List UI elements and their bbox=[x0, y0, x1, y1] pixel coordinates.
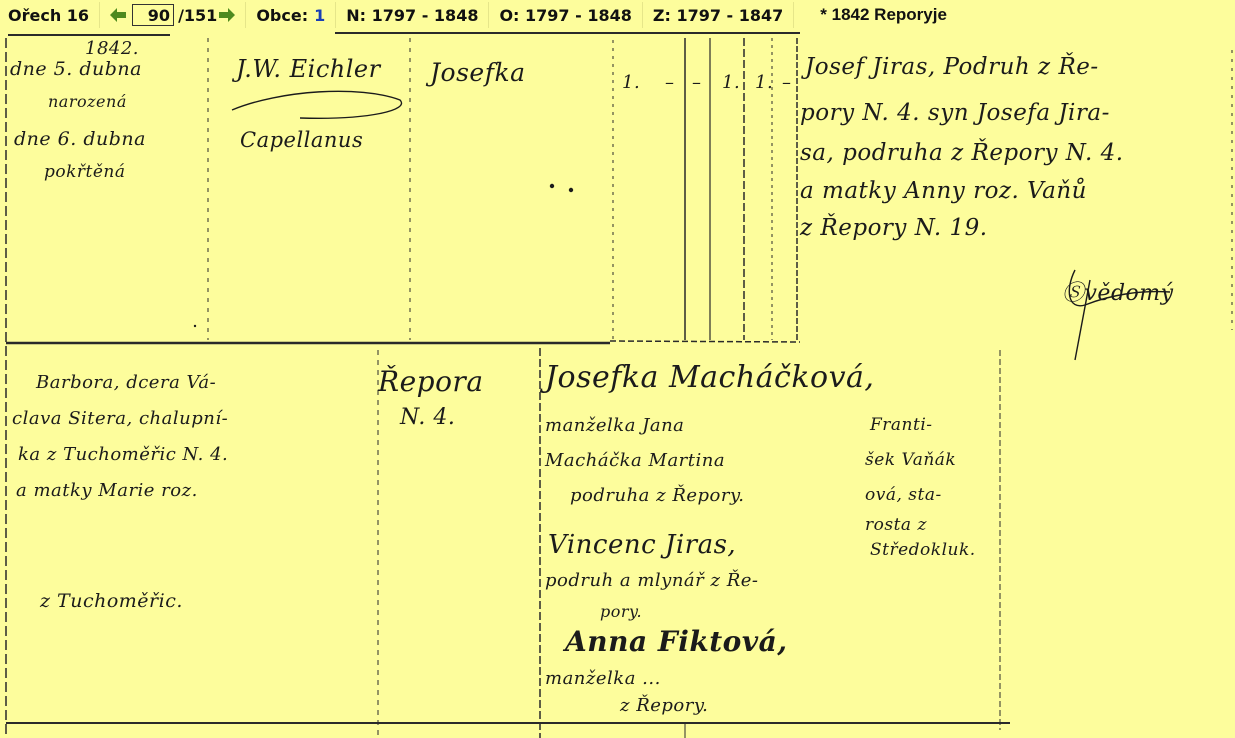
godparent-line: z Řepory. bbox=[620, 695, 708, 716]
godparent-line: pory. bbox=[600, 602, 642, 621]
mother-line: Barbora, dcera Vá- bbox=[36, 372, 216, 393]
entry-date-line: narozená bbox=[48, 92, 127, 111]
entry-year: 1842. bbox=[85, 38, 139, 59]
page-navigator: /151 bbox=[100, 2, 246, 28]
arrow-right-icon[interactable] bbox=[219, 8, 235, 22]
side-note-line: Franti- bbox=[870, 415, 933, 435]
register-toolbar: Ořech 16 /151 Obce: 1 N: 1797 - 1848 O: … bbox=[0, 0, 1235, 30]
godparent-line: podruh a mlynář z Ře- bbox=[545, 570, 758, 591]
midwife-signature: Ⓢvědomý bbox=[1062, 276, 1174, 307]
arrow-left-icon[interactable] bbox=[110, 8, 126, 22]
mother-line: clava Sitera, chalupní- bbox=[12, 408, 228, 429]
godparent-line: Macháčka Martina bbox=[545, 450, 725, 471]
mother-line: z Tuchoměřic. bbox=[40, 590, 183, 612]
priest-title: Capellanus bbox=[240, 128, 363, 152]
parents-line: z Řepory N. 19. bbox=[800, 215, 988, 241]
entry-date-line: dne 6. dubna bbox=[14, 128, 146, 150]
tally-mark: 1. bbox=[722, 72, 740, 93]
births-range[interactable]: N: 1797 - 1848 bbox=[336, 2, 489, 28]
obce-filter: Obce: 1 bbox=[246, 2, 336, 28]
tally-mark: – bbox=[782, 72, 792, 93]
house-number: N. 4. bbox=[400, 405, 455, 430]
side-note-line: rosta z bbox=[865, 515, 927, 535]
side-note-line: Středokluk. bbox=[870, 540, 976, 560]
godparent-line: podruha z Řepory. bbox=[570, 485, 745, 506]
tally-mark: – bbox=[692, 72, 702, 93]
side-note-line: ová, sta- bbox=[865, 485, 942, 505]
place-name: Řepora bbox=[378, 365, 484, 398]
tally-mark: 1. bbox=[622, 72, 640, 93]
parents-line: a matky Anny roz. Vaňů bbox=[800, 178, 1087, 204]
mother-line: ka z Tuchoměřic N. 4. bbox=[18, 444, 228, 465]
obce-link[interactable]: 1 bbox=[314, 6, 325, 25]
parents-line: Josef Jiras, Podruh z Ře- bbox=[805, 54, 1099, 80]
child-name: Josefka bbox=[430, 58, 526, 87]
mother-line: a matky Marie roz. bbox=[16, 480, 198, 501]
obce-label: Obce: bbox=[256, 6, 308, 25]
page-number-input[interactable] bbox=[132, 4, 174, 26]
godparent-line: manželka Jana bbox=[545, 415, 684, 436]
godparent-line: Anna Fiktová, bbox=[565, 625, 788, 658]
tally-mark: 1. bbox=[755, 72, 773, 93]
parents-line: pory N. 4. syn Josefa Jira- bbox=[800, 100, 1110, 126]
entry-date-line: dne 5. dubna bbox=[10, 58, 142, 80]
tally-mark: – bbox=[665, 72, 675, 93]
total-pages: /151 bbox=[178, 6, 217, 25]
marriages-range[interactable]: O: 1797 - 1848 bbox=[489, 2, 642, 28]
side-note-line: šek Vaňák bbox=[865, 450, 956, 470]
godparent-line: manželka ... bbox=[545, 668, 661, 689]
parish-label: Ořech 16 bbox=[0, 2, 100, 28]
godparent-line: Josefka Macháčková, bbox=[545, 360, 874, 395]
record-title: * 1842 Reporyje bbox=[794, 2, 957, 28]
godparent-line: Vincenc Jiras, bbox=[548, 530, 736, 560]
register-page-scan[interactable]: 1842. dne 5. dubna narozená dne 6. dubna… bbox=[0, 30, 1235, 738]
entry-date-line: pokřtěná bbox=[44, 162, 126, 182]
deaths-range[interactable]: Z: 1797 - 1847 bbox=[643, 2, 794, 28]
priest-name: J.W. Eichler bbox=[236, 55, 381, 83]
parents-line: sa, podruha z Řepory N. 4. bbox=[800, 140, 1124, 166]
